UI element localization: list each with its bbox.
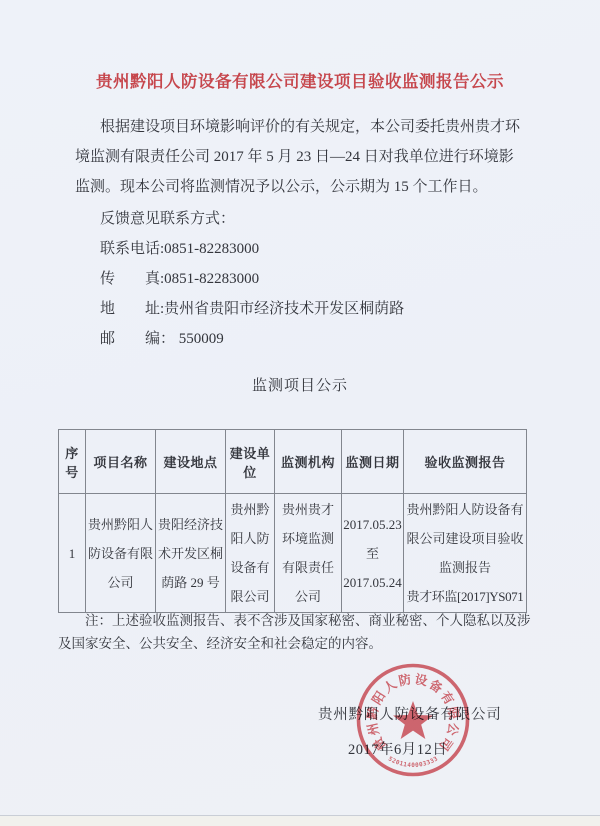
footnote: 注：上述验收监测报告、表不含涉及国家秘密、商业秘密、个人隐私以及涉 及国家安全、… [58,610,536,655]
svg-text:公: 公 [444,721,461,737]
table-title: 监测项目公示 [0,374,600,395]
contact-fax: 传 真:0851-82283000 [100,264,404,294]
col-header-agency: 监测机构 [275,430,342,494]
contact-address: 地 址:贵州省贵阳市经济技术开发区桐荫路 [100,294,404,324]
seal-star [393,701,433,739]
cell-report: 贵州黔阳人防设备有限公司建设项目验收监测报告 贵才环监[2017]YS071 [404,494,527,613]
cell-location: 贵阳经济技术开发区桐荫路 29 号 [156,494,226,613]
svg-text:人: 人 [381,677,400,696]
document-page: 贵州黔阳人防设备有限公司建设项目验收监测报告公示 根据建设项目环境影响评价的有关… [0,0,600,826]
col-header-report: 验收监测报告 [404,430,527,494]
monitoring-table: 序号 项目名称 建设地点 建设单位 监测机构 监测日期 验收监测报告 1 贵州黔… [58,429,527,613]
cell-builder: 贵州黔阳人防设备有限公司 [226,494,275,613]
table-header-row: 序号 项目名称 建设地点 建设单位 监测机构 监测日期 验收监测报告 [59,430,527,494]
svg-text:限: 限 [445,706,461,721]
svg-text:司: 司 [436,735,455,753]
footnote-line: 注：上述验收监测报告、表不含涉及国家秘密、商业秘密、个人隐私以及涉 [58,610,536,633]
col-header-date: 监测日期 [342,430,404,494]
paragraph-line: 监测。现本公司将监测情况予以公示，公示期为 15 个工作日。 [75,172,520,202]
page-title: 贵州黔阳人防设备有限公司建设项目验收监测报告公示 [0,68,600,92]
date-from: 2017.05.23 [343,510,402,539]
svg-text:黔: 黔 [364,705,381,721]
company-seal: 贵州黔阳人防设备有限公司 5201140003333 [353,660,473,780]
col-header-location: 建设地点 [156,430,226,494]
date-to: 2017.05.24 [343,568,402,597]
paragraph-line: 境监测有限责任公司 2017 年 5 月 23 日—24 日对我单位进行环境影 [75,142,520,172]
cell-seq: 1 [59,494,86,613]
paragraph-line: 根据建设项目环境影响评价的有关规定，本公司委托贵州贵才环 [75,112,520,142]
scan-edge [0,815,600,826]
svg-text:防: 防 [397,671,413,688]
contact-phone: 联系电话:0851-82283000 [100,234,404,264]
svg-text:有: 有 [438,689,458,708]
report-title: 贵州黔阳人防设备有限公司建设项目验收监测报告 [405,495,525,582]
intro-paragraph: 根据建设项目环境影响评价的有关规定，本公司委托贵州贵才环 境监测有限责任公司 2… [75,112,520,202]
report-number: 贵才环监[2017]YS071 [405,582,525,611]
seal-number-text: 5201140003333 [387,755,439,769]
col-header-project-name: 项目名称 [86,430,156,494]
contact-section: 反馈意见联系方式： 联系电话:0851-82283000 传 真:0851-82… [100,204,404,354]
date-separator: 至 [343,539,402,568]
col-header-builder: 建设单位 [226,430,275,494]
svg-text:设: 设 [414,671,430,688]
cell-date: 2017.05.23 至 2017.05.24 [342,494,404,613]
cell-project-name: 贵州黔阳人防设备有限公司 [86,494,156,613]
cell-agency: 贵州贵才环境监测有限责任公司 [275,494,342,613]
table-row: 1 贵州黔阳人防设备有限公司 贵阳经济技术开发区桐荫路 29 号 贵州黔阳人防设… [59,494,527,613]
contact-heading: 反馈意见联系方式： [100,204,404,234]
svg-text:州: 州 [365,721,381,736]
contact-postcode: 邮 编： 550009 [100,324,404,354]
footnote-line: 及国家安全、公共安全、经济安全和社会稳定的内容。 [58,633,536,656]
col-header-seq: 序号 [59,430,86,494]
